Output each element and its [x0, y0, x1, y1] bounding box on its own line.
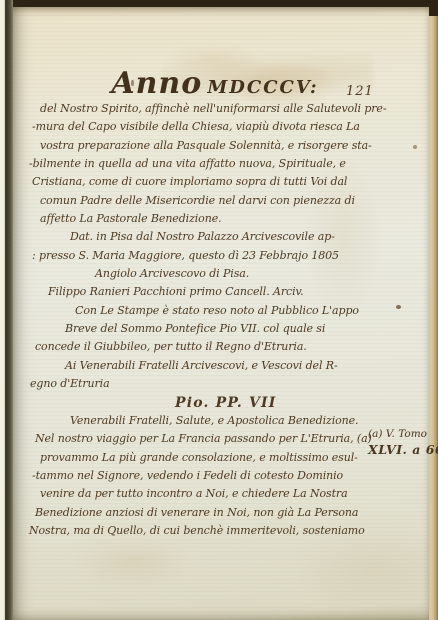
manuscript-line: Filippo Ranieri Pacchioni primo Cancell.… — [48, 283, 386, 301]
manuscript-scan: Anno MDCCCV: 121 del Nostro Spirito, aff… — [0, 0, 438, 620]
manuscript-line: Nostra, ma di Quello, di cui benchè imme… — [29, 522, 386, 540]
margin-note-volume: XLVI. a 66 — [368, 442, 438, 457]
manuscript-line: Con Le Stampe è stato reso noto al Pubbl… — [75, 302, 386, 320]
book-gutter — [5, 0, 13, 620]
papal-heading: Pio. PP. VII — [175, 394, 386, 412]
manuscript-body: del Nostro Spirito, affinchè nell'unifor… — [40, 100, 386, 540]
page-number: 121 — [346, 84, 374, 99]
manuscript-line: venire da per tutto incontro a Noi, e ch… — [40, 485, 386, 503]
manuscript-line: Venerabili Fratelli, Salute, e Apostolic… — [70, 412, 386, 430]
margin-note-reference: (a) V. Tomo — [368, 428, 438, 440]
manuscript-line: Ai Venerabili Fratelli Arcivescovi, e Ve… — [65, 357, 386, 375]
manuscript-line: Nel nostro viaggio per La Francia passan… — [35, 430, 386, 448]
margin-note: (a) V. Tomo XLVI. a 66 — [368, 428, 438, 457]
manuscript-line: Dat. in Pisa dal Nostro Palazzo Arcivesc… — [70, 228, 386, 246]
manuscript-line: Breve del Sommo Pontefice Pio VII. col q… — [65, 320, 386, 338]
manuscript-line: vostra preparazione alla Pasquale Solenn… — [40, 137, 386, 155]
book-fore-edge — [429, 16, 438, 620]
ink-speck — [396, 305, 401, 309]
manuscript-line: -tammo nel Signore, vedendo i Fedeli di … — [32, 467, 386, 485]
manuscript-line: comun Padre delle Misericordie nel darvi… — [40, 192, 386, 210]
manuscript-line: : presso S. Maria Maggiore, questo dì 23… — [32, 247, 386, 265]
ink-speck — [413, 145, 417, 149]
manuscript-line: -bilmente in quella ad una vita affatto … — [29, 155, 386, 173]
manuscript-line: Cristiana, come di cuore imploriamo sopr… — [32, 173, 386, 191]
title-script-word: Anno — [111, 66, 202, 101]
manuscript-line: -mura del Capo visibile della Chiesa, vi… — [32, 118, 386, 136]
manuscript-line: Benedizione anziosi di venerare in Noi, … — [35, 504, 386, 522]
manuscript-line: affetto La Pastorale Benedizione. — [40, 210, 386, 228]
manuscript-line: provammo La più grande consolazione, e m… — [40, 449, 386, 467]
manuscript-line: concede il Giubbileo, per tutto il Regno… — [35, 338, 386, 356]
manuscript-line: del Nostro Spirito, affinchè nell'unifor… — [40, 100, 386, 118]
title-year-roman: MDCCCV: — [207, 77, 318, 98]
manuscript-line: egno d'Etruria — [30, 375, 386, 393]
manuscript-line: Angiolo Arcivescovo di Pisa. — [95, 265, 386, 283]
page-title: Anno MDCCCV: — [55, 66, 375, 101]
